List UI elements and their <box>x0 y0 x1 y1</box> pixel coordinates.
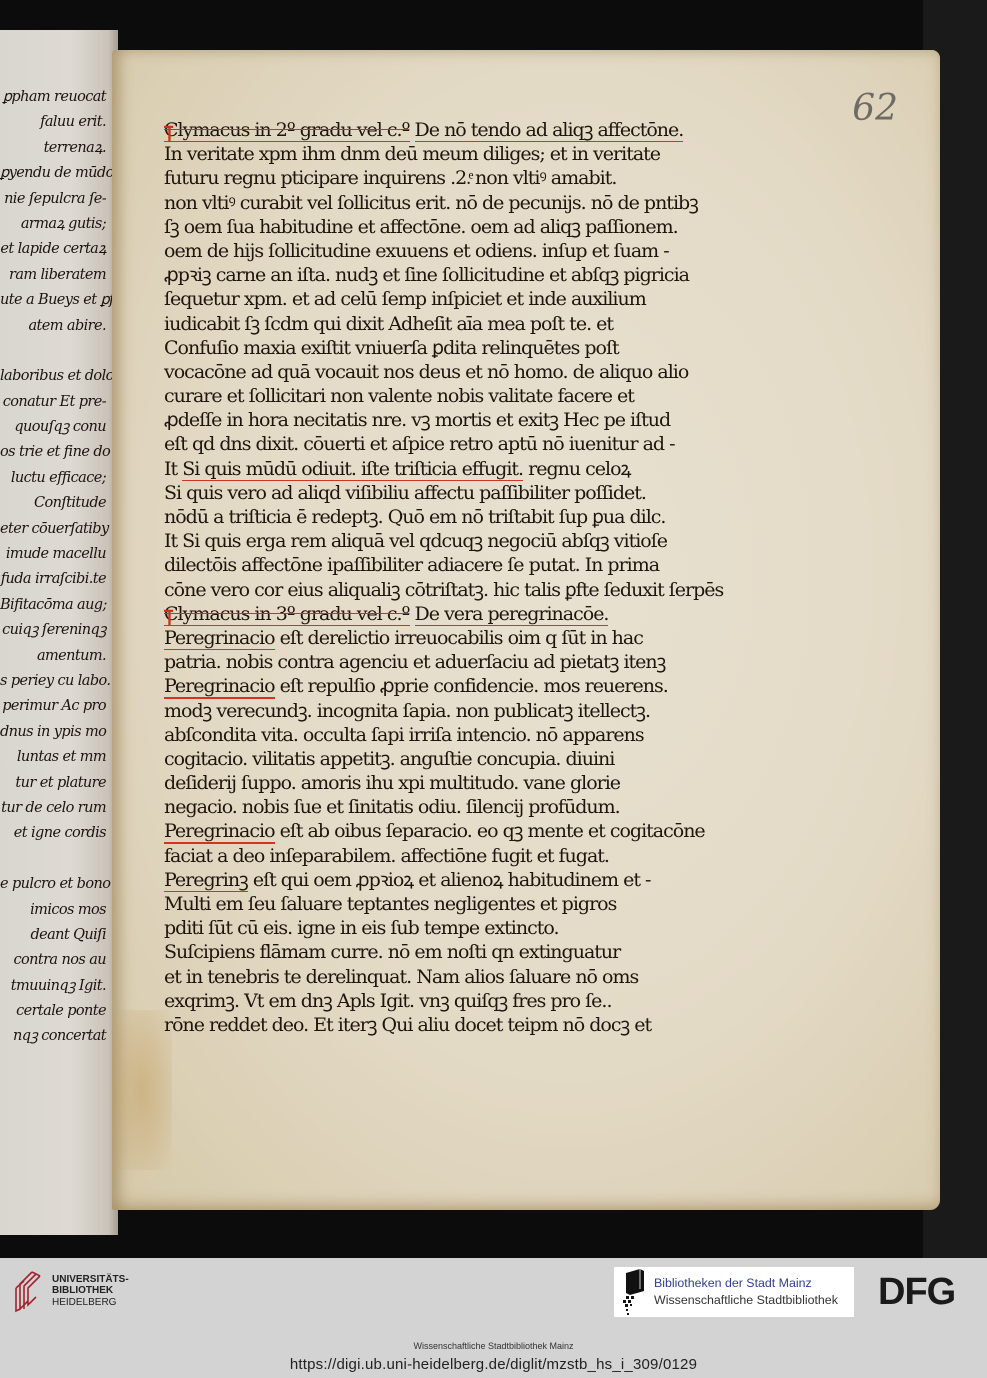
left-page-line: nqꝫ concertat <box>0 1024 112 1049</box>
holding-institution-caption: Wissenschaftliche Stadtbibliothek Mainz <box>0 1341 987 1351</box>
permalink-url[interactable]: https://digi.ub.uni-heidelberg.de/diglit… <box>0 1356 987 1373</box>
manuscript-line: ꝓdeſſe in hora necitatis nre. vꝫ mortis … <box>164 408 884 432</box>
underlined-text: Peregrinacio <box>164 675 275 698</box>
footer: UNIVERSITÄTS- BIBLIOTHEK HEIDELBERG Bibl… <box>0 1258 987 1378</box>
left-page-line: deant Quiſi <box>0 923 112 948</box>
left-page-line <box>0 847 112 872</box>
left-page-line: ram liberatem <box>0 263 112 288</box>
water-stain <box>112 1010 172 1170</box>
underlined-text: Peregrinacio <box>164 627 275 650</box>
manuscript-line: dilectōis affectōne ipaſſibiliter adiace… <box>164 553 884 577</box>
line-text: ꝓpꝛiꝫ carne an iſta. nudꝫ et ſine ſollic… <box>164 264 689 286</box>
line-text: Confuſio maxia exiſtit vniuerſa ꝑdita re… <box>164 337 619 359</box>
left-page-line: ꝑpham reuocat <box>0 85 112 110</box>
line-text: patria. nobis contra agenciu et aduerſac… <box>164 651 665 673</box>
heading-rubric: Clymacus in 2º gradu vel c.º <box>164 119 410 142</box>
ub-logo-line1: UNIVERSITÄTS- <box>52 1274 129 1285</box>
manuscript-line: ſꝫ oem ſua habitudine et affectōne. oem … <box>164 215 884 239</box>
manuscript-line: √It Si quis mūdū odiuit. iſte triſticia … <box>164 457 884 481</box>
ub-heidelberg-mark-icon <box>10 1269 46 1313</box>
left-page-line: Bifitacōma aug; <box>0 593 112 618</box>
line-text: futuru regnu pticipare inquirens .2.ͤ no… <box>164 167 616 189</box>
manuscript-line: negacio. nobis ſue et ſinitatis odiu. ſi… <box>164 795 884 819</box>
underlined-text: Peregrinꝫ <box>164 869 248 892</box>
manuscript-line: exqrimꝫ. Vt em dnꝫ Apls Igit. vnꝫ quiſqꝫ… <box>164 989 884 1013</box>
manuscript-line: rōne reddet deo. Et iterꝫ Qui aliu docet… <box>164 1013 884 1037</box>
left-page-line: atem abire. <box>0 314 112 339</box>
mainz-logo-line2: Wissenschaftliche Stadtbibliothek <box>654 1292 838 1309</box>
manuscript-line: et in tenebris te derelinquat. Nam alios… <box>164 965 884 989</box>
line-text: negacio. nobis ſue et ſinitatis odiu. ſi… <box>164 796 620 818</box>
left-page-line: imicos mos <box>0 898 112 923</box>
left-page-line: contra nos au <box>0 948 112 973</box>
chapter-title: De vera peregrinacōe. <box>415 603 609 626</box>
left-page-line: imude macellu <box>0 542 112 567</box>
manuscript-line: √Confuſio maxia exiſtit vniuerſa ꝑdita r… <box>164 336 884 360</box>
manuscript-line: ¶Clymacus in 3º gradu vel c.º De vera pe… <box>164 602 884 626</box>
left-page-line: os trie et fine do <box>0 440 112 465</box>
left-page-line: perimur Ac pro <box>0 694 112 719</box>
line-text: modꝫ verecundꝫ. incognita ſapia. non pub… <box>164 700 650 722</box>
line-text: ſꝫ oem ſua habitudine et affectōne. oem … <box>164 216 678 238</box>
left-page-line: amentum. <box>0 644 112 669</box>
manuscript-line: deſiderij ſuppo. amoris ihu xpi multitud… <box>164 771 884 795</box>
manuscript-line: cogitacio. vilitatis appetitꝫ. anguſtie … <box>164 747 884 771</box>
manuscript-scan: ꝑpham reuocatfaluu erit.terrenaꝝ.ꝑyendu … <box>0 0 987 1258</box>
line-text: eſt ab oibus ſeparacio. eo qꝫ mente et c… <box>280 820 705 842</box>
manuscript-line: faciat a deo inſeparabilem. affectiōne f… <box>164 844 884 868</box>
manuscript-line: Si quis vero ad aliqd viſibiliu affectu … <box>164 481 884 505</box>
line-text: eſt qd dns dixit. cōuerti et aſpice retr… <box>164 433 675 455</box>
line-text: dilectōis affectōne ipaſſibiliter adiace… <box>164 554 659 576</box>
manuscript-line: √Peregrinꝫ eſt qui oem ꝓpꝛioꝝ et alienoꝝ… <box>164 868 884 892</box>
manuscript-line: oem de hijs ſollicitudine exuuens et odi… <box>164 239 884 263</box>
line-text: abſcondita vita. occulta ſapi irriſa int… <box>164 724 644 746</box>
line-text: nōdū a triſticia ē redeptꝫ. Quō em nō tr… <box>164 506 665 528</box>
left-page-line: armaꝝ gutis; <box>0 212 112 237</box>
heading-rubric: Clymacus in 3º gradu vel c.º <box>164 603 410 626</box>
left-page-line: tur et plature <box>0 771 112 796</box>
left-page-line: conatur Et pre- <box>0 390 112 415</box>
ub-logo-line3: HEIDELBERG <box>52 1297 129 1309</box>
rubric-initial-icon: ¶ <box>164 602 175 626</box>
book-icon <box>620 1269 648 1315</box>
mainz-logo-line1: Bibliotheken der Stadt Mainz <box>654 1275 838 1292</box>
manuscript-line: iudicabit ſꝫ ſcdm qui dixit Adheſit aīa … <box>164 312 884 336</box>
line-text: It Si quis erga rem aliquā vel qdcuqꝫ ne… <box>164 530 667 552</box>
line-text: faciat a deo inſeparabilem. affectiōne f… <box>164 845 609 867</box>
left-page-line: ꝑyendu de mūdo <box>0 161 112 186</box>
right-page: 62 ¶Clymacus in 2º gradu vel c.º De nō t… <box>112 50 940 1210</box>
left-page-line: quouſqꝫ conu <box>0 415 112 440</box>
left-page-line: cuiqꝫ ſereninqꝫ <box>0 618 112 643</box>
left-page-line: fuda irraſcibi.te <box>0 567 112 592</box>
manuscript-line: In veritate xpm ihm dnm deū meum diliges… <box>164 142 884 166</box>
manuscript-line: vocacōne ad quā vocauit nos deus et nō h… <box>164 360 884 384</box>
left-page-line: et lapide certaꝝ <box>0 237 112 262</box>
line-text: vocacōne ad quā vocauit nos deus et nō h… <box>164 361 688 383</box>
ub-logo-line2: BIBLIOTHEK <box>52 1285 113 1296</box>
manuscript-line: nōdū a triſticia ē redeptꝫ. Quō em nō tr… <box>164 505 884 529</box>
left-page-line: tur de celo rum <box>0 796 112 821</box>
left-page-line: tmuuinqꝫ Igit. <box>0 974 112 999</box>
left-page-line: s periey cu labo. <box>0 669 112 694</box>
ub-heidelberg-logo[interactable]: UNIVERSITÄTS- BIBLIOTHEK HEIDELBERG <box>10 1266 150 1316</box>
manuscript-line: √Peregrinacio eſt repulſio ꝓprie confide… <box>164 674 884 698</box>
left-page-line: eter cōuerſatiby <box>0 517 112 542</box>
line-text: Si quis vero ad aliqd viſibiliu affectu … <box>164 482 646 504</box>
underlined-text: Peregrinacio <box>164 820 275 843</box>
mainz-library-logo[interactable]: Bibliotheken der Stadt Mainz Wissenschaf… <box>614 1267 854 1317</box>
left-page-line: Conſtitude <box>0 491 112 516</box>
left-page-line: luctu efficace; <box>0 466 112 491</box>
manuscript-line: modꝫ verecundꝫ. incognita ſapia. non pub… <box>164 699 884 723</box>
manuscript-line: patria. nobis contra agenciu et aduerſac… <box>164 650 884 674</box>
left-page-line <box>0 339 112 364</box>
left-page: ꝑpham reuocatfaluu erit.terrenaꝝ.ꝑyendu … <box>0 30 118 1235</box>
line-text: non vltiꝰ curabit vel ſollicitus erit. n… <box>164 192 698 214</box>
left-page-text: ꝑpham reuocatfaluu erit.terrenaꝝ.ꝑyendu … <box>0 85 112 1050</box>
manuscript-line: ſequetur xpm. et ad celū ſemp inſpiciet … <box>164 287 884 311</box>
line-text: regnu celoꝝ <box>528 458 630 480</box>
line-text: ſequetur xpm. et ad celū ſemp inſpiciet … <box>164 288 646 310</box>
manuscript-line: pditi ſūt cū eis. igne in eis ſub tempe … <box>164 916 884 940</box>
line-text: iudicabit ſꝫ ſcdm qui dixit Adheſit aīa … <box>164 313 613 335</box>
manuscript-line: √Multi em ſeu ſaluare teptantes negligen… <box>164 892 884 916</box>
manuscript-line: curare et ſollicitari non valente nobis … <box>164 384 884 408</box>
line-text: eſt derelictio irreuocabilis oim q ſūt i… <box>280 627 643 649</box>
line-text: In veritate xpm ihm dnm deū meum diliges… <box>164 143 660 165</box>
line-text: et in tenebris te derelinquat. Nam alios… <box>164 966 638 988</box>
left-page-line: terrenaꝝ. <box>0 136 112 161</box>
left-page-line: nie ſepulcra ſe- <box>0 187 112 212</box>
line-text: eſt repulſio ꝓprie confidencie. mos reue… <box>280 675 668 697</box>
line-text: rōne reddet deo. Et iterꝫ Qui aliu docet… <box>164 1014 651 1036</box>
manuscript-line: √It Si quis erga rem aliquā vel qdcuqꝫ n… <box>164 529 884 553</box>
manuscript-line: ꝓpꝛiꝫ carne an iſta. nudꝫ et ſine ſollic… <box>164 263 884 287</box>
manuscript-line: √Peregrinacio eſt ab oibus ſeparacio. eo… <box>164 819 884 843</box>
dfg-logo[interactable]: DFG <box>878 1270 955 1314</box>
manuscript-line: ¶Clymacus in 2º gradu vel c.º De nō tend… <box>164 118 884 142</box>
line-text: eſt qui oem ꝓpꝛioꝝ et alienoꝝ habitudine… <box>253 869 651 891</box>
manuscript-text: ¶Clymacus in 2º gradu vel c.º De nō tend… <box>164 118 884 1037</box>
left-page-line: e pulcro et bono <box>0 872 112 897</box>
manuscript-line: non vltiꝰ curabit vel ſollicitus erit. n… <box>164 191 884 215</box>
manuscript-line: √Suſcipiens flāmam curre. nō em noſti qn… <box>164 940 884 964</box>
line-text: Suſcipiens flāmam curre. nō em noſti qn … <box>164 941 620 963</box>
left-page-line: luntas et mm <box>0 745 112 770</box>
left-page-line: laboribus et dolo <box>0 364 112 389</box>
line-text: oem de hijs ſollicitudine exuuens et odi… <box>164 240 669 262</box>
line-prefix: It <box>164 458 182 480</box>
left-page-line: dnus in ypis mo <box>0 720 112 745</box>
manuscript-line: Peregrinacio eſt derelictio irreuocabili… <box>164 626 884 650</box>
line-text: pditi ſūt cū eis. igne in eis ſub tempe … <box>164 917 559 939</box>
left-page-line: certale ponte <box>0 999 112 1024</box>
left-page-line: ute a Bueys et ꝑſ <box>0 288 112 313</box>
rubric-initial-icon: ¶ <box>164 118 175 142</box>
underlined-text: Si quis mūdū odiuit. iſte triſticia effu… <box>182 458 523 481</box>
line-text: cōne vero cor eius aliqualiꝫ cōtriſtatꝫ.… <box>164 579 723 601</box>
line-text: deſiderij ſuppo. amoris ihu xpi multitud… <box>164 772 620 794</box>
chapter-title: De nō tendo ad aliqꝫ affectōne. <box>415 119 684 142</box>
line-text: curare et ſollicitari non valente nobis … <box>164 385 634 407</box>
manuscript-line: eſt qd dns dixit. cōuerti et aſpice retr… <box>164 432 884 456</box>
left-page-line: faluu erit. <box>0 110 112 135</box>
left-page-line: et igne cordis <box>0 821 112 846</box>
line-text: Multi em ſeu ſaluare teptantes negligent… <box>164 893 616 915</box>
line-text: cogitacio. vilitatis appetitꝫ. anguſtie … <box>164 748 614 770</box>
line-text: ꝓdeſſe in hora necitatis nre. vꝫ mortis … <box>164 409 670 431</box>
manuscript-line: cōne vero cor eius aliqualiꝫ cōtriſtatꝫ.… <box>164 578 884 602</box>
manuscript-line: abſcondita vita. occulta ſapi irriſa int… <box>164 723 884 747</box>
manuscript-line: futuru regnu pticipare inquirens .2.ͤ no… <box>164 166 884 190</box>
line-text: exqrimꝫ. Vt em dnꝫ Apls Igit. vnꝫ quiſqꝫ… <box>164 990 612 1012</box>
